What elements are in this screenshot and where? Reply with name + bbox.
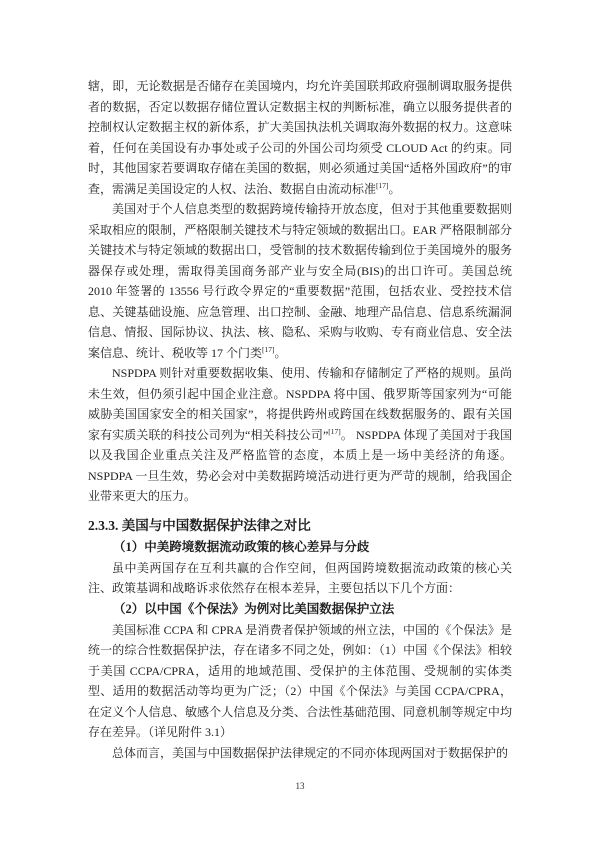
text-run: （1）中美跨境数据流动政策的核心差异与分歧 <box>113 540 369 554</box>
text-run: 总体而言，美国与中国数据保护法律规定的不同亦体现两国对于数据保护的 <box>112 746 508 760</box>
text-run: 。 <box>389 182 401 196</box>
paragraph: NSPDPA 则针对重要数据收集、使用、传输和存储制定了严格的规则。虽尚未生效，… <box>88 363 512 507</box>
text-run: 美国标准 CCPA 和 CPRA 是消费者保护领域的州立法，中国的《个保法》是统… <box>88 623 512 740</box>
document-page: 辖，即，无论数据是否储存在美国境内，均允许美国联邦政府强制调取服务提供者的数据，… <box>0 0 600 848</box>
subsection-heading: （1）中美跨境数据流动政策的核心差异与分歧 <box>88 537 512 558</box>
page-number: 13 <box>0 781 600 791</box>
paragraph: 总体而言，美国与中国数据保护法律规定的不同亦体现两国对于数据保护的 <box>88 743 512 764</box>
document-content: 辖，即，无论数据是否储存在美国境内，均允许美国联邦政府强制调取服务提供者的数据，… <box>88 76 512 763</box>
section-heading: 2.3.3. 美国与中国数据保护法律之对比 <box>88 515 512 537</box>
text-run: 辖，即，无论数据是否储存在美国境内，均允许美国联邦政府强制调取服务提供者的数据，… <box>88 79 512 196</box>
text-run: 美国对于个人信息类型的数据跨境传输持开放态度，但对于其他重要数据则采取相应的限制… <box>88 202 512 360</box>
paragraph: 美国对于个人信息类型的数据跨境传输持开放态度，但对于其他重要数据则采取相应的限制… <box>88 199 512 363</box>
subsection-heading: （2）以中国《个保法》为例对比美国数据保护立法 <box>88 599 512 620</box>
text-run: 。 <box>275 346 287 360</box>
paragraph: 虽中美两国存在互利共赢的合作空间，但两国跨境数据流动政策的核心关注、政策基调和战… <box>88 558 512 599</box>
footnote-reference: [17] <box>328 427 341 436</box>
paragraph: 辖，即，无论数据是否储存在美国境内，均允许美国联邦政府强制调取服务提供者的数据，… <box>88 76 512 199</box>
text-run: 虽中美两国存在互利共赢的合作空间，但两国跨境数据流动政策的核心关注、政策基调和战… <box>88 561 512 596</box>
footnote-reference: [17] <box>262 345 275 354</box>
paragraph: 美国标准 CCPA 和 CPRA 是消费者保护领域的州立法，中国的《个保法》是统… <box>88 620 512 743</box>
text-run: （2）以中国《个保法》为例对比美国数据保护立法 <box>113 602 394 616</box>
footnote-reference: [17] <box>376 181 389 190</box>
text-run: 2.3.3. 美国与中国数据保护法律之对比 <box>88 518 311 533</box>
